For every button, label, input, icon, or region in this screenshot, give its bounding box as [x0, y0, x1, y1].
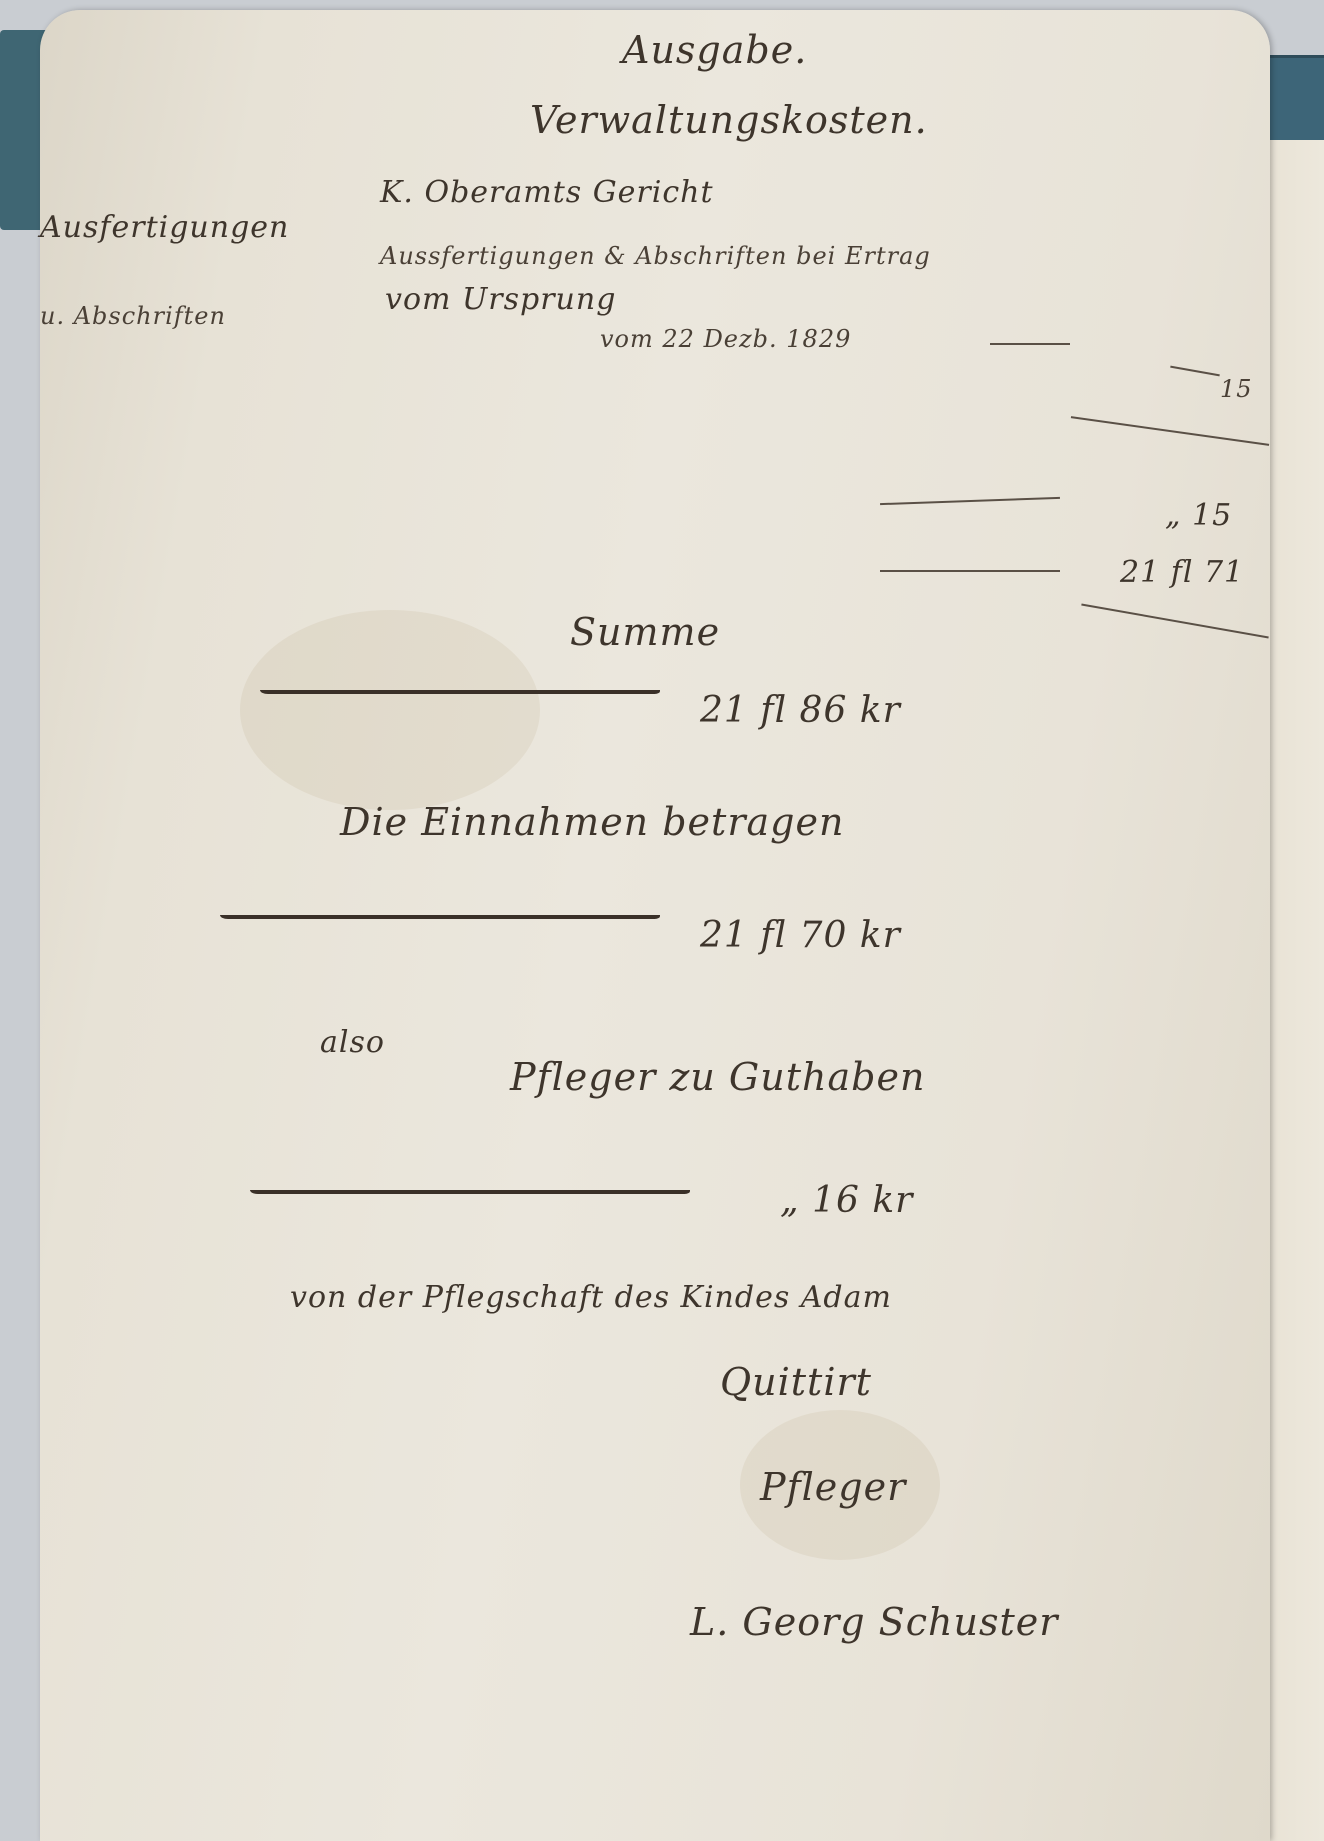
entry-line2: Aussfertigungen & Abschriften bei Ertrag — [380, 242, 931, 270]
entry-line3: vom Ursprung — [385, 282, 616, 317]
pfleger-guthaben-label: Pfleger zu Guthaben — [510, 1055, 925, 1099]
rule-line — [1170, 366, 1220, 377]
signature-quittirt: Quittirt — [720, 1360, 872, 1404]
summe-label: Summe — [570, 610, 720, 654]
signature-pfleger: Pfleger — [760, 1465, 906, 1509]
flourish-line — [260, 690, 660, 694]
heading-ausgabe: Ausgabe. — [622, 28, 807, 72]
entry-line4: vom 22 Dezb. 1829 — [600, 325, 851, 353]
signature-name: L. Georg Schuster — [690, 1600, 1058, 1644]
margin-note-line1: Ausfertigungen — [40, 210, 289, 245]
rule-line — [880, 570, 1060, 572]
summe-amount: 21 fl 86 kr — [700, 690, 901, 731]
balance-amount: „ 16 kr — [780, 1180, 913, 1221]
paper-stain — [240, 610, 540, 810]
manuscript-page: Ausgabe. Verwaltungskosten. Ausfertigung… — [40, 10, 1270, 1841]
heading-verwaltungskosten: Verwaltungskosten. — [530, 98, 928, 142]
rule-line — [880, 497, 1060, 505]
also-label: also — [320, 1025, 385, 1060]
rule-line — [1081, 604, 1268, 639]
einnahmen-label: Die Einnahmen betragen — [340, 800, 844, 844]
entry-line1: K. Oberamts Gericht — [380, 175, 714, 210]
margin-note-line2: u. Abschriften — [40, 302, 226, 330]
right-value-1: „ 15 — [1165, 498, 1232, 533]
einnahmen-amount: 21 fl 70 kr — [700, 915, 901, 956]
right-value-2: 21 fl 71 — [1120, 555, 1244, 590]
rule-line — [1071, 416, 1269, 446]
right-partial-value: 15 — [1220, 375, 1253, 403]
rule-line — [990, 343, 1070, 345]
flourish-line — [220, 915, 660, 919]
flourish-line — [250, 1190, 690, 1194]
closing-line: von der Pflegschaft des Kindes Adam — [290, 1280, 892, 1315]
